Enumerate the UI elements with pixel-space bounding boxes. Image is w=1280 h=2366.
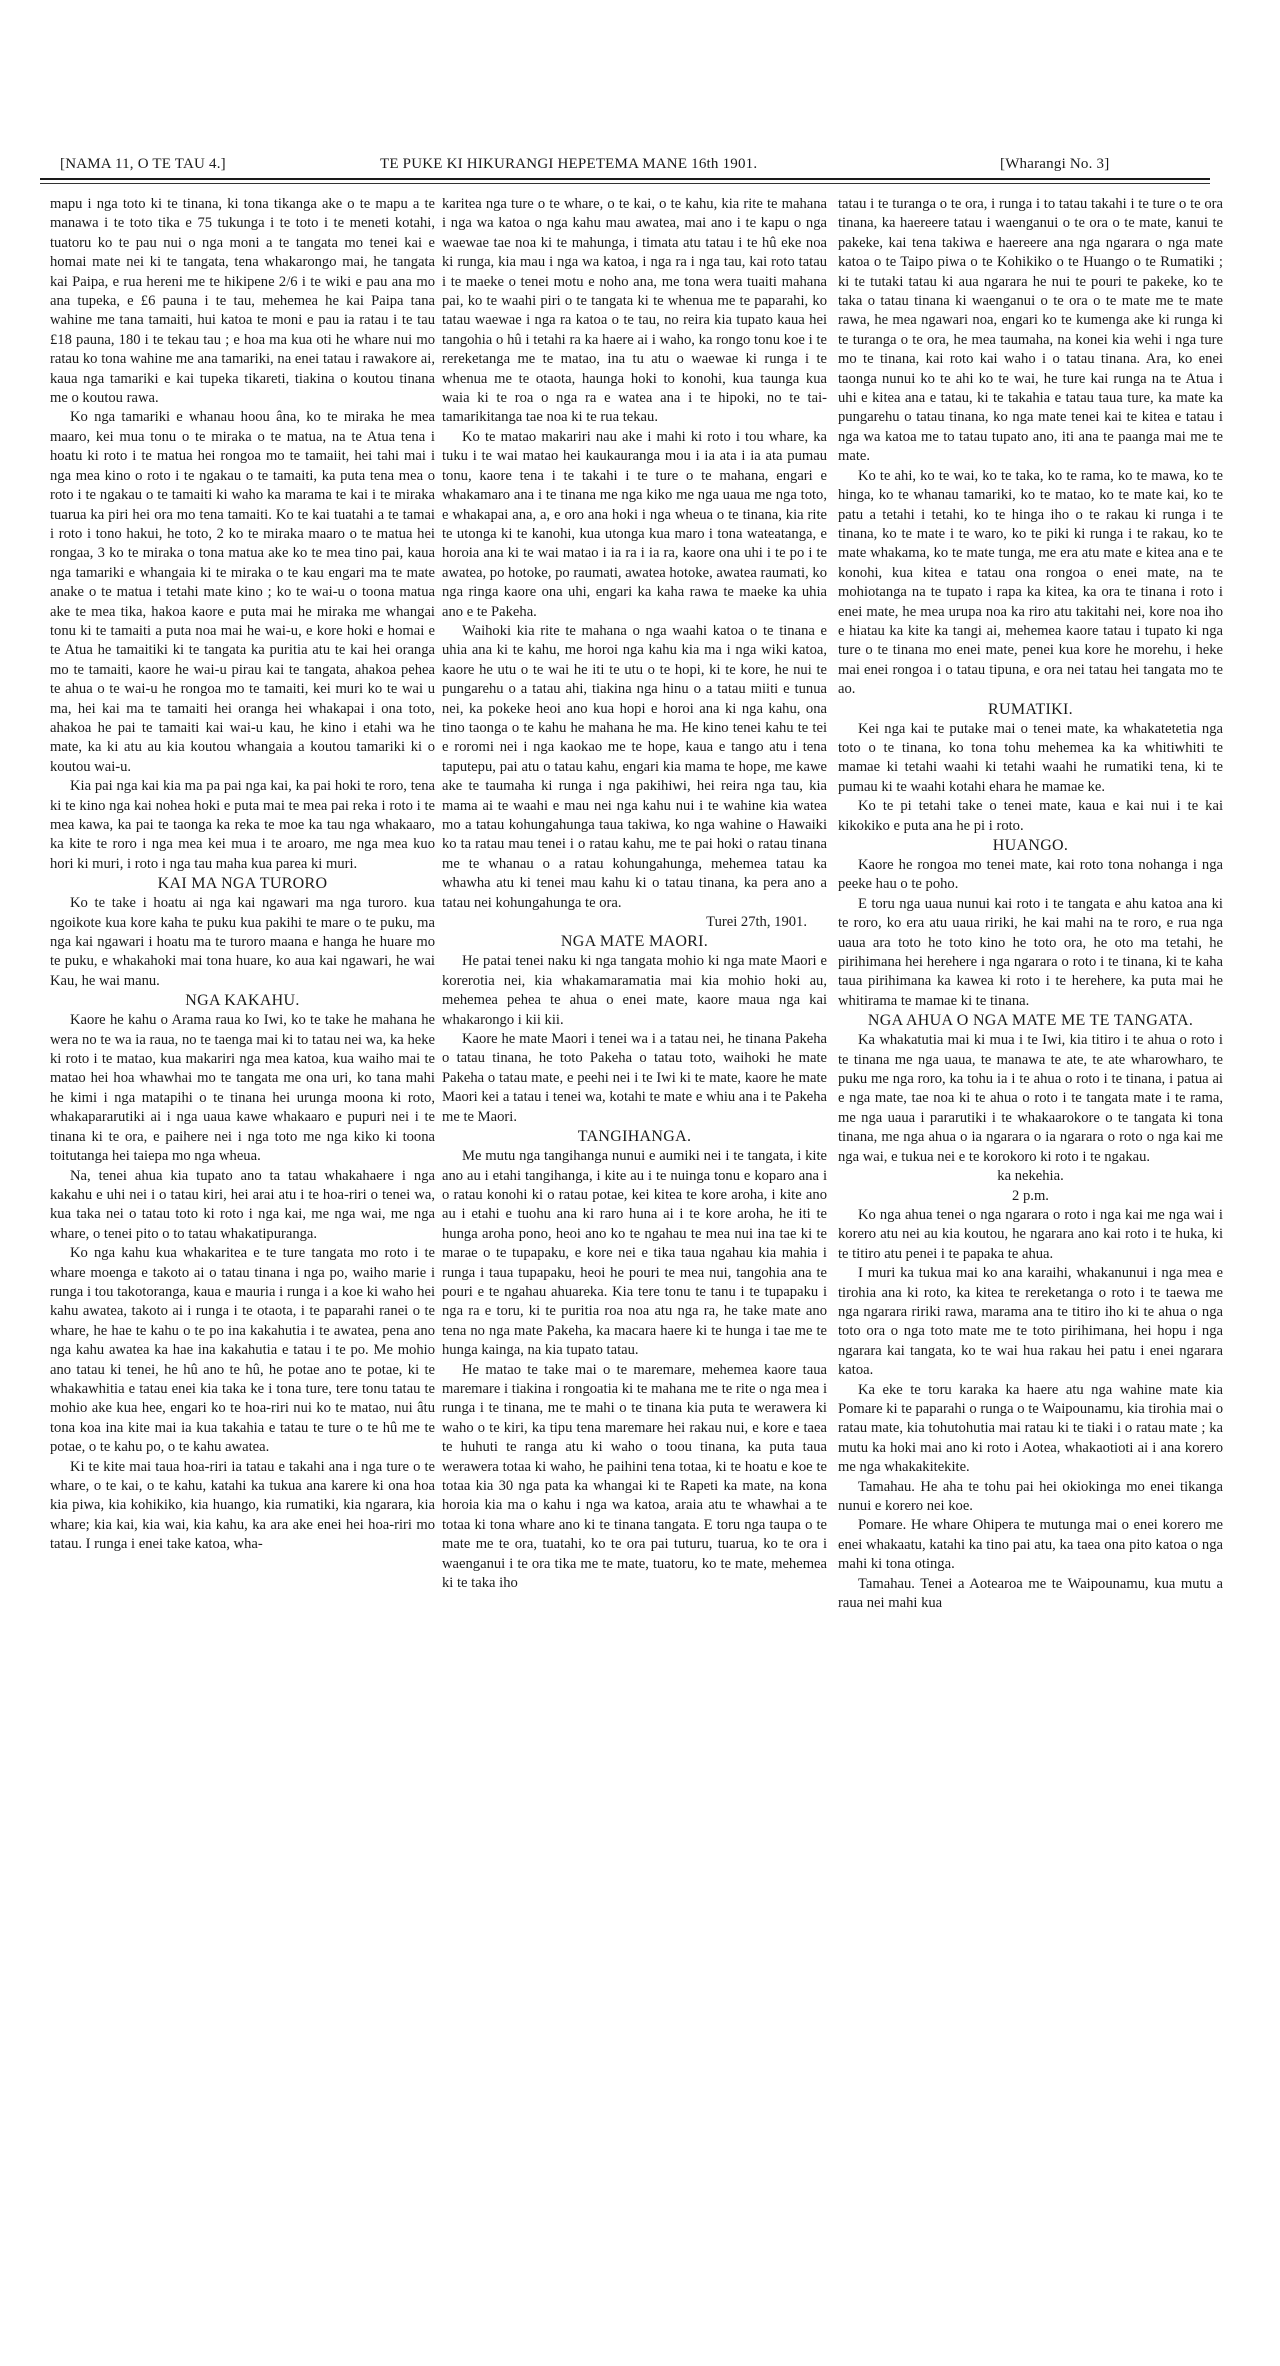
article-paragraph: Ko nga kahu kua whakaritea e te ture tan… <box>50 1244 435 1457</box>
article-paragraph: mapu i nga toto ki te tinana, ki tona ti… <box>50 195 435 408</box>
newspaper-title: TE PUKE KI HIKURANGI HEPETEMA MANE 16th … <box>380 156 757 173</box>
article-paragraph: Ko nga ahua tenei o nga ngarara o roto i… <box>838 1206 1223 1264</box>
article-paragraph: Ko te pi tetahi take o tenei mate, kaua … <box>838 797 1223 836</box>
article-paragraph: Ka whakatutia mai ki mua i te Iwi, kia t… <box>838 1031 1223 1167</box>
section-heading: KAI MA NGA TURORO <box>50 874 435 894</box>
section-heading: TANGIHANGA. <box>442 1127 827 1147</box>
article-paragraph: I muri ka tukua mai ko ana karaihi, whak… <box>838 1264 1223 1380</box>
section-heading: NGA AHUA O NGA MATE ME TE TANGATA. <box>838 1011 1223 1031</box>
column-3: tatau i te turanga o te ora, i runga i t… <box>838 195 1223 1613</box>
article-paragraph: Kaore he kahu o Arama raua ko Iwi, ko te… <box>50 1011 435 1166</box>
article-paragraph: Waihoki kia rite te mahana o nga waahi k… <box>442 622 827 913</box>
column-2: karitea nga ture o te whare, o te kai, o… <box>442 195 827 1593</box>
article-paragraph: Kia pai nga kai kia ma pa pai nga kai, k… <box>50 777 435 874</box>
article-paragraph: Ki te kite mai taua hoa-riri ia tatau e … <box>50 1458 435 1555</box>
centered-note: ka nekehia. <box>838 1167 1223 1186</box>
section-heading: NGA MATE MAORI. <box>442 932 827 952</box>
section-heading: HUANGO. <box>838 836 1223 856</box>
article-paragraph: Kaore he rongoa mo tenei mate, kai roto … <box>838 856 1223 895</box>
article-paragraph: Ko te ahi, ko te wai, ko te taka, ko te … <box>838 467 1223 700</box>
article-paragraph: karitea nga ture o te whare, o te kai, o… <box>442 195 827 428</box>
article-paragraph: Me mutu nga tangihanga nunui e aumiki ne… <box>442 1147 827 1360</box>
section-heading: NGA KAKAHU. <box>50 991 435 1011</box>
column-1: mapu i nga toto ki te tinana, ki tona ti… <box>50 195 435 1555</box>
article-paragraph: Na, tenei ahua kia tupato ano ta tatau w… <box>50 1167 435 1245</box>
issue-number: [NAMA 11, O TE TAU 4.] <box>60 156 226 173</box>
masthead-rule <box>40 178 1210 180</box>
article-paragraph: Ko te take i hoatu ai nga kai ngawari ma… <box>50 894 435 991</box>
article-paragraph: E toru nga uaua nunui kai roto i te tang… <box>838 895 1223 1011</box>
article-paragraph: Tamahau. He aha te tohu pai hei okioking… <box>838 1478 1223 1517</box>
section-heading: RUMATIKI. <box>838 700 1223 720</box>
article-paragraph: Ko te matao makariri nau ake i mahi ki r… <box>442 428 827 622</box>
article-paragraph: Pomare. He whare Ohipera te mutunga mai … <box>838 1516 1223 1574</box>
article-paragraph: He matao te take mai o te maremare, mehe… <box>442 1361 827 1594</box>
article-paragraph: tatau i te turanga o te ora, i runga i t… <box>838 195 1223 467</box>
masthead: [NAMA 11, O TE TAU 4.] TE PUKE KI HIKURA… <box>40 156 1220 178</box>
article-paragraph: Ka eke te toru karaka ka haere atu nga w… <box>838 1381 1223 1478</box>
article-paragraph: Kaore he mate Maori i tenei wa i a tatau… <box>442 1030 827 1127</box>
page-number: [Wharangi No. 3] <box>1000 156 1109 173</box>
article-paragraph: Tamahau. Tenei a Aotearoa me te Waipouna… <box>838 1575 1223 1614</box>
masthead-rule-thin <box>40 183 1210 184</box>
article-paragraph: Ko nga tamariki e whanau hoou âna, ko te… <box>50 408 435 777</box>
dateline: Turei 27th, 1901. <box>442 913 827 932</box>
article-paragraph: He patai tenei naku ki nga tangata mohio… <box>442 952 827 1030</box>
centered-note: 2 p.m. <box>838 1187 1223 1206</box>
article-paragraph: Kei nga kai te putake mai o tenei mate, … <box>838 720 1223 798</box>
